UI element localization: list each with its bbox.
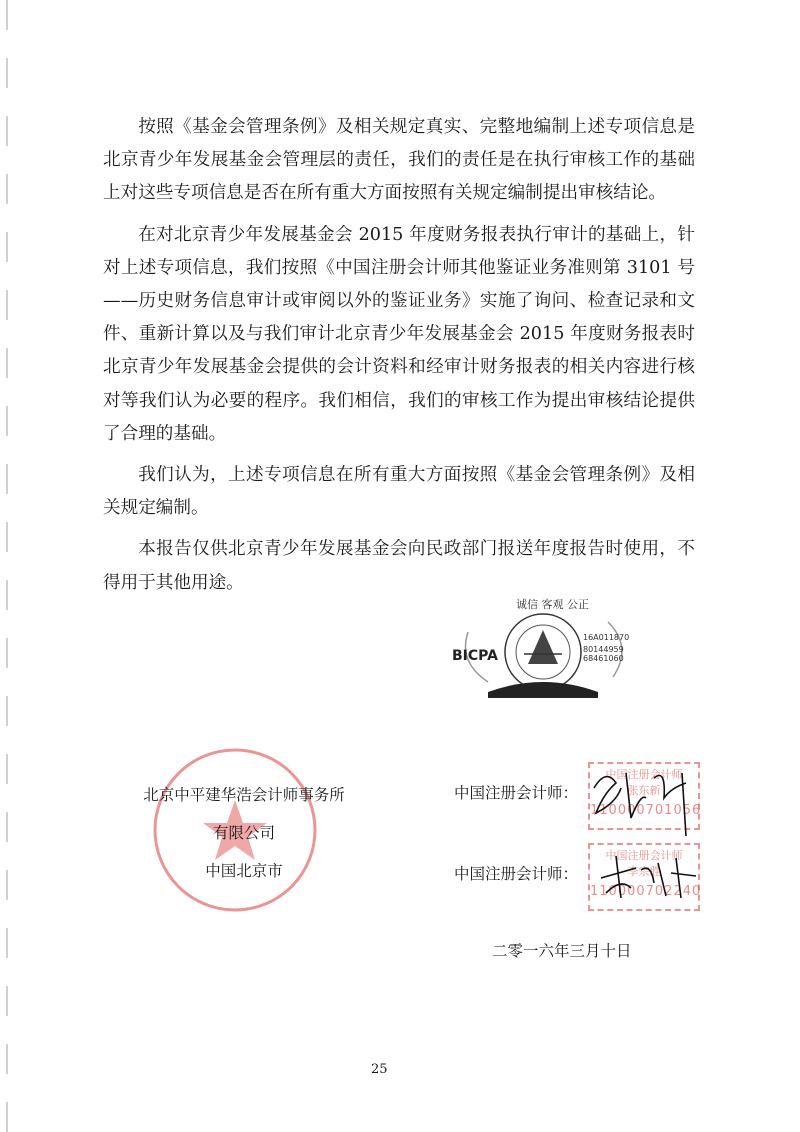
report-date: 二零一六年三月十日 bbox=[492, 939, 632, 961]
svg-text:BICPA: BICPA bbox=[452, 648, 498, 664]
paragraph-responsibility: 按照《基金会管理条例》及相关规定真实、完整地编制上述专项信息是北京青少年发展基金… bbox=[103, 111, 695, 211]
paragraph-usage-restriction: 本报告仅供北京青少年发展基金会向民政部门报送年度报告时使用，不得用于其他用途。 bbox=[103, 533, 695, 599]
bicpa-seal: 诚信 客观 公正 BICPA 16A011870 80144959 684610… bbox=[448, 592, 638, 698]
firm-name-suffix: 有限公司 bbox=[124, 814, 364, 852]
firm-block: 北京中平建华浩会计师事务所 有限公司 中国北京市 bbox=[124, 776, 364, 890]
svg-text:80144959: 80144959 bbox=[583, 645, 624, 654]
svg-text:16A011870: 16A011870 bbox=[583, 633, 629, 642]
paragraph-conclusion: 我们认为，上述专项信息在所有重大方面按照《基金会管理条例》及相关规定编制。 bbox=[103, 459, 695, 525]
cpa-label-1: 中国注册会计师： bbox=[454, 781, 578, 803]
firm-name: 北京中平建华浩会计师事务所 bbox=[124, 776, 364, 814]
binding-holes-edge bbox=[6, 0, 8, 1132]
firm-location: 中国北京市 bbox=[124, 852, 364, 890]
report-body: 按照《基金会管理条例》及相关规定真实、完整地编制上述专项信息是北京青少年发展基金… bbox=[103, 111, 695, 608]
signature-2 bbox=[596, 848, 706, 908]
svg-text:68461060: 68461060 bbox=[583, 654, 624, 663]
page-number: 25 bbox=[371, 1062, 388, 1077]
svg-text:诚信 客观 公正: 诚信 客观 公正 bbox=[516, 597, 589, 611]
signature-1 bbox=[586, 758, 706, 838]
cpa-label-2: 中国注册会计师： bbox=[454, 862, 578, 884]
paragraph-procedures: 在对北京青少年发展基金会 2015 年度财务报表执行审计的基础上，针对上述专项信… bbox=[103, 219, 695, 451]
